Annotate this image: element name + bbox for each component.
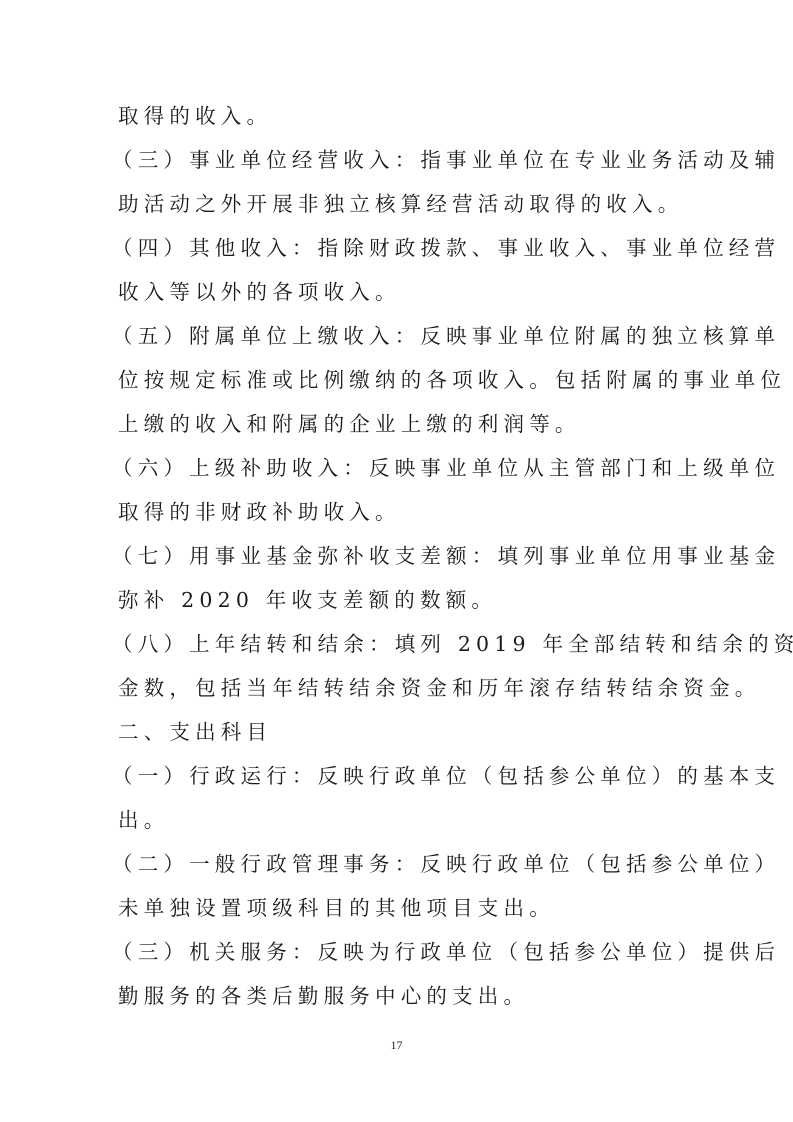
text-line: 未单独设置项级科目的其他项目支出。 — [118, 893, 678, 923]
text-line: 弥补 2020 年收支差额的数额。 — [118, 585, 678, 615]
document-page: 取得的收入。 （三）事业单位经营收入：指事业单位在专业业务活动及辅 助活动之外开… — [0, 0, 793, 1122]
page-number: 17 — [0, 1038, 793, 1053]
text-line: 位按规定标准或比例缴纳的各项收入。包括附属的事业单位 — [118, 365, 678, 395]
text-line: （一）行政运行：反映行政单位（包括参公单位）的基本支 — [112, 761, 672, 791]
text-line: （四）其他收入：指除财政拨款、事业收入、事业单位经营 — [112, 233, 672, 263]
text-line: （三）事业单位经营收入：指事业单位在专业业务活动及辅 — [112, 145, 672, 175]
text-line: 取得的收入。 — [118, 101, 678, 131]
text-line: （二）一般行政管理事务：反映行政单位（包括参公单位） — [112, 849, 672, 879]
text-line: 取得的非财政补助收入。 — [118, 497, 678, 527]
text-line: （八）上年结转和结余：填列 2019 年全部结转和结余的资 — [112, 629, 672, 659]
text-line: 上缴的收入和附属的企业上缴的利润等。 — [118, 409, 678, 439]
text-line: 收入等以外的各项收入。 — [118, 277, 678, 307]
text-line: （五）附属单位上缴收入：反映事业单位附属的独立核算单 — [112, 321, 672, 351]
text-line: （三）机关服务：反映为行政单位（包括参公单位）提供后 — [112, 937, 672, 967]
text-line: （六）上级补助收入：反映事业单位从主管部门和上级单位 — [112, 453, 672, 483]
section-heading: 二、支出科目 — [118, 717, 678, 747]
text-line: 勤服务的各类后勤服务中心的支出。 — [118, 981, 678, 1011]
text-line: 出。 — [118, 805, 678, 835]
text-line: 助活动之外开展非独立核算经营活动取得的收入。 — [118, 189, 678, 219]
text-line: （七）用事业基金弥补收支差额：填列事业单位用事业基金 — [112, 541, 672, 571]
text-line: 金数，包括当年结转结余资金和历年滚存结转结余资金。 — [118, 673, 678, 703]
